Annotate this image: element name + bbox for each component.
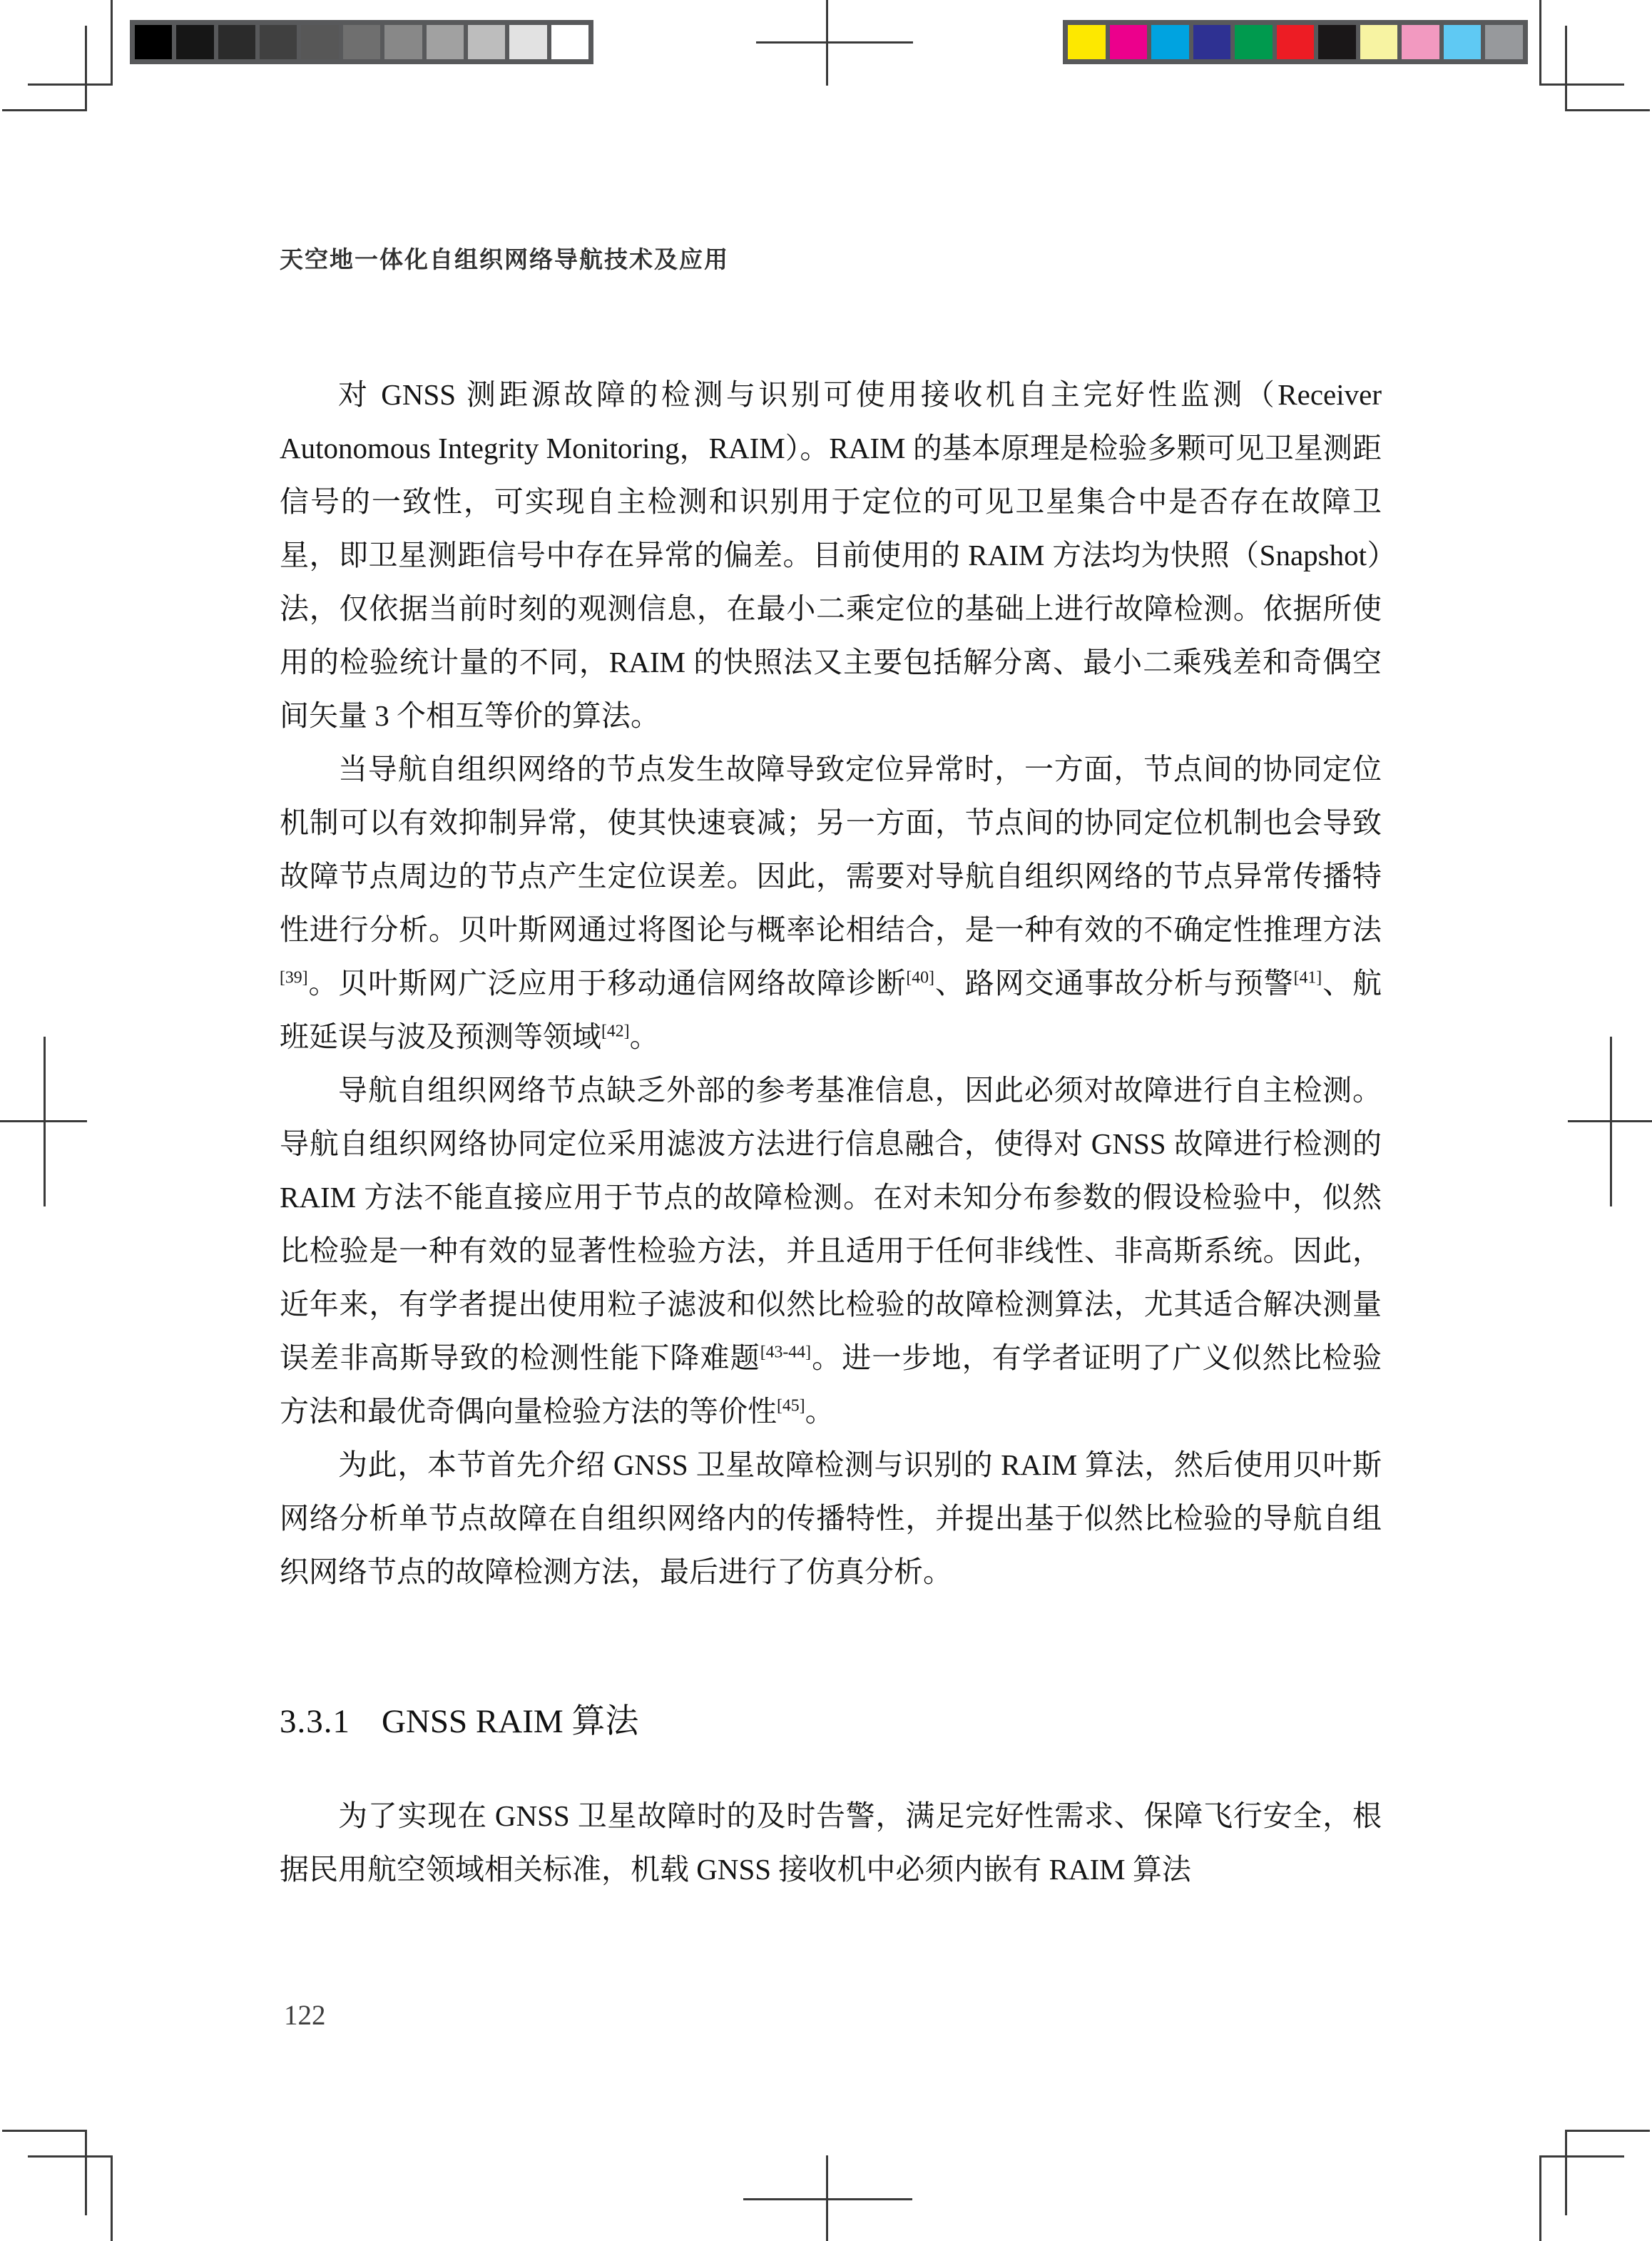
calibration-swatch: [1235, 25, 1273, 59]
crop-mark-bottom-right-inner-horizontal: [1565, 2130, 1650, 2132]
text-run: 当导航自组织网络的节点发生故障导致定位异常时，一方面，节点间的协同定位机制可以有…: [280, 753, 1382, 946]
calibration-swatch: [1485, 25, 1523, 59]
crop-mark-bottom-left-outer-vertical: [111, 2155, 113, 2241]
text-run: 。: [630, 1020, 659, 1053]
reference-superscript: [40]: [906, 968, 934, 987]
reference-superscript: [42]: [601, 1022, 630, 1040]
crop-mark-top-right-inner-horizontal: [1565, 109, 1650, 111]
calibration-swatch: [1110, 25, 1148, 59]
registration-cross-right-middle-horizontal: [1568, 1120, 1652, 1122]
paragraph: 为了实现在 GNSS 卫星故障时的及时告警，满足完好性需求、保障飞行安全，根据民…: [280, 1789, 1382, 1896]
paragraph: 为此，本节首先介绍 GNSS 卫星故障检测与识别的 RAIM 算法，然后使用贝叶…: [280, 1438, 1382, 1599]
calibration-swatch: [1151, 25, 1189, 59]
calibration-swatch: [1318, 25, 1356, 59]
crop-mark-bottom-left-outer-horizontal: [28, 2155, 113, 2158]
crop-mark-top-right-outer-horizontal: [1539, 83, 1624, 86]
grayscale-calibration-bar: [130, 20, 593, 64]
calibration-swatch: [427, 25, 464, 59]
registration-cross-top-center-horizontal: [756, 41, 913, 44]
registration-cross-left-middle-horizontal: [0, 1120, 87, 1122]
crop-mark-bottom-right-outer-horizontal: [1539, 2155, 1624, 2158]
text-run: 为了实现在 GNSS 卫星故障时的及时告警，满足完好性需求、保障飞行安全，根据民…: [280, 1799, 1382, 1886]
text-run: 。贝叶斯网广泛应用于移动通信网络故障诊断: [308, 967, 907, 1000]
crop-mark-bottom-left-inner-vertical: [85, 2130, 87, 2215]
text-run: 导航自组织网络节点缺乏外部的参考基准信息，因此必须对故障进行自主检测。导航自组织…: [280, 1074, 1382, 1374]
calibration-swatch: [1444, 25, 1482, 59]
registration-cross-bottom-center-horizontal: [743, 2198, 912, 2200]
calibration-swatch: [1068, 25, 1106, 59]
paragraph: 导航自组织网络节点缺乏外部的参考基准信息，因此必须对故障进行自主检测。导航自组织…: [280, 1064, 1382, 1438]
paragraph: 对 GNSS 测距源故障的检测与识别可使用接收机自主完好性监测（Receiver…: [280, 368, 1382, 743]
crop-mark-top-left-inner-vertical: [85, 26, 87, 111]
calibration-swatch: [301, 25, 338, 59]
crop-mark-bottom-left-inner-horizontal: [2, 2130, 87, 2132]
crop-mark-bottom-right-outer-vertical: [1539, 2155, 1541, 2241]
body-text-block: 对 GNSS 测距源故障的检测与识别可使用接收机自主完好性监测（Receiver…: [280, 368, 1382, 1599]
book-page: 天空地一体化自组织网络导航技术及应用 对 GNSS 测距源故障的检测与识别可使用…: [0, 0, 1652, 2241]
calibration-swatch: [551, 25, 588, 59]
crop-mark-top-left-outer-vertical: [111, 0, 113, 86]
crop-mark-top-left-inner-horizontal: [2, 109, 87, 111]
calibration-swatch: [260, 25, 297, 59]
calibration-swatch: [1360, 25, 1398, 59]
crop-mark-bottom-right-inner-vertical: [1565, 2130, 1567, 2215]
calibration-swatch: [509, 25, 546, 59]
paragraph: 当导航自组织网络的节点发生故障导致定位异常时，一方面，节点间的协同定位机制可以有…: [280, 743, 1382, 1064]
section-heading: 3.3.1GNSS RAIM 算法: [280, 1694, 638, 1742]
reference-superscript: [41]: [1294, 968, 1322, 987]
calibration-swatch: [343, 25, 380, 59]
running-header: 天空地一体化自组织网络导航技术及应用: [280, 241, 729, 275]
text-run: 、路网交通事故分析与预警: [934, 967, 1294, 1000]
text-run: 。: [805, 1395, 835, 1428]
reference-superscript: [43-44]: [760, 1343, 811, 1361]
calibration-swatch: [1277, 25, 1315, 59]
calibration-swatch: [1402, 25, 1439, 59]
calibration-swatch: [135, 25, 172, 59]
color-calibration-bar: [1063, 20, 1528, 64]
reference-superscript: [45]: [777, 1396, 805, 1415]
calibration-swatch: [218, 25, 255, 59]
reference-superscript: [39]: [280, 968, 308, 987]
calibration-swatch: [176, 25, 213, 59]
text-run: 对 GNSS 测距源故障的检测与识别可使用接收机自主完好性监测（Receiver…: [280, 378, 1382, 732]
section-number: 3.3.1: [280, 1703, 350, 1740]
calibration-swatch: [384, 25, 422, 59]
calibration-swatch: [1193, 25, 1231, 59]
calibration-swatch: [468, 25, 505, 59]
section-title: GNSS RAIM 算法: [382, 1703, 638, 1740]
crop-mark-top-right-outer-vertical: [1539, 0, 1541, 86]
crop-mark-top-right-inner-vertical: [1565, 26, 1567, 111]
crop-mark-top-left-outer-horizontal: [28, 83, 113, 86]
section-text-block: 为了实现在 GNSS 卫星故障时的及时告警，满足完好性需求、保障飞行安全，根据民…: [280, 1789, 1382, 1896]
text-run: 为此，本节首先介绍 GNSS 卫星故障检测与识别的 RAIM 算法，然后使用贝叶…: [280, 1448, 1382, 1588]
page-number: 122: [284, 1999, 326, 2031]
